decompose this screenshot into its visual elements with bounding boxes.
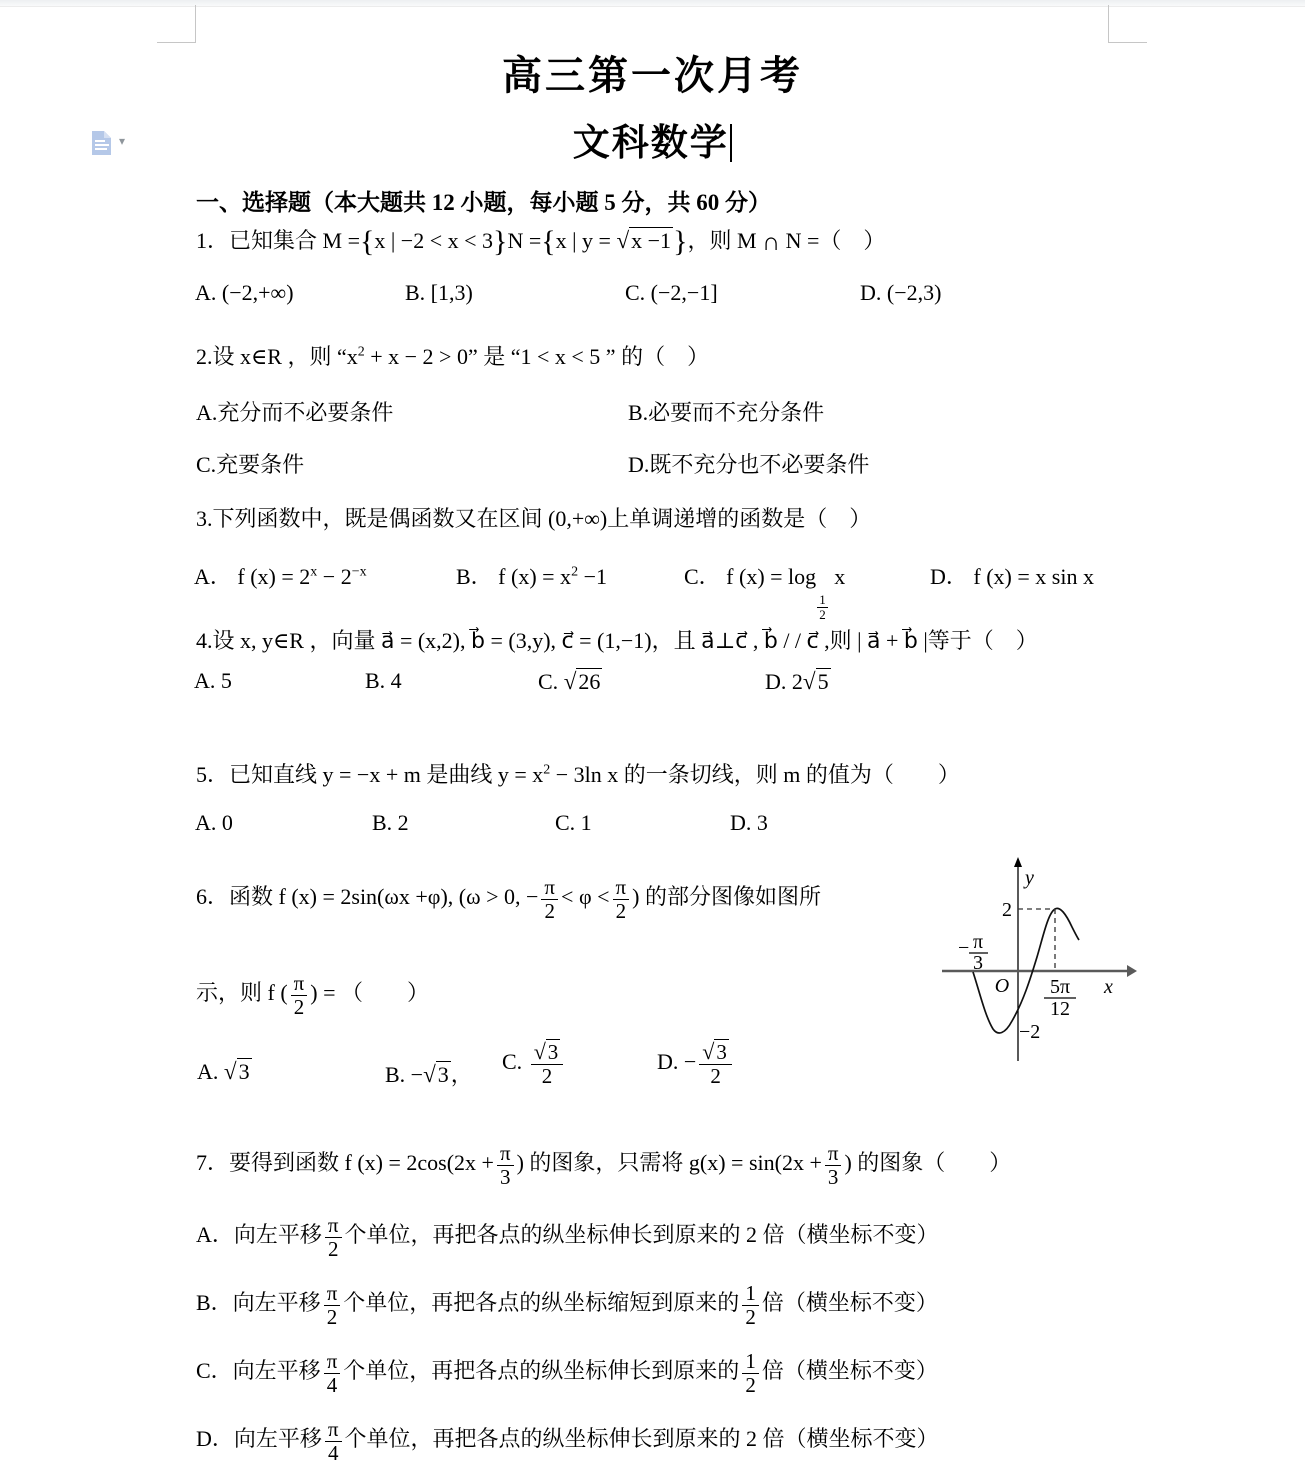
q1-brace: { bbox=[360, 225, 374, 258]
fraction-numerator: 1 bbox=[817, 593, 828, 608]
q7-option-c: C．向左平移π4个单位，再把各点的纵坐标伸长到原来的12倍（横坐标不变） bbox=[196, 1350, 938, 1396]
exponent: 2 bbox=[571, 565, 578, 580]
q6-text: 示，则 f ( bbox=[196, 980, 288, 1005]
q5-text: 5．已知直线 y = −x + m 是曲线 y = x bbox=[196, 762, 543, 787]
fraction-denominator: 2 bbox=[616, 900, 627, 923]
fraction-numerator: π bbox=[541, 876, 558, 900]
question-2-stem: 2.设 x∈R ，则 “x2 + x − 2 > 0” 是 “1 < x < 5… bbox=[196, 340, 709, 371]
origin-label: O bbox=[995, 975, 1009, 997]
q4-option-c: C. √26 bbox=[538, 668, 602, 695]
fraction-numerator: √3 bbox=[531, 1040, 564, 1065]
fraction-numerator: π bbox=[324, 1350, 341, 1374]
fraction-denominator: 2 bbox=[328, 1238, 339, 1261]
q7d-text: 个单位，再把各点的纵坐标伸长到原来的 2 倍（横坐标不变） bbox=[345, 1426, 939, 1451]
q3-option-d: D． f (x) = x sin x bbox=[930, 560, 1094, 591]
q7-text: ) 的图象（ ） bbox=[844, 1150, 1011, 1175]
sqrt-expression: √3 bbox=[534, 1040, 561, 1064]
margin-crop-mark-left-horizontal bbox=[157, 42, 196, 43]
q5-option-a: A. 0 bbox=[195, 810, 233, 836]
fraction-denominator: 2 bbox=[819, 608, 826, 622]
sqrt-expression: √3 bbox=[702, 1040, 729, 1064]
q1-text: 1．已知集合 bbox=[196, 228, 323, 253]
radical-sign: √ bbox=[702, 1039, 714, 1064]
q7c-text: 倍（横坐标不变） bbox=[762, 1358, 938, 1383]
sqrt-expression: √3 bbox=[423, 1062, 451, 1087]
q5-option-d: D. 3 bbox=[730, 810, 768, 836]
y-axis-arrow bbox=[1014, 857, 1022, 867]
y-min-label: −2 bbox=[1019, 1021, 1040, 1043]
tick-minus-sign: − bbox=[958, 937, 969, 959]
q6b-text: ， bbox=[451, 1062, 473, 1087]
q3a-text: A． f (x) = 2 bbox=[194, 564, 310, 589]
q2-option-b: B.必要而不充分条件 bbox=[628, 396, 824, 427]
q1-text: ，则 M bbox=[687, 228, 762, 253]
q6-text: < φ < bbox=[561, 884, 610, 909]
q6-text: ) = （ ） bbox=[310, 980, 429, 1005]
q1-option-b: B. [1,3) bbox=[405, 280, 473, 306]
sqrt-expression: √x −1 bbox=[616, 228, 673, 253]
q6-option-b: B. −√3， bbox=[385, 1058, 473, 1089]
q1-text: N =（ ） bbox=[780, 228, 885, 253]
sqrt3-over-2-fraction: √32 bbox=[699, 1040, 732, 1087]
sqrt-expression: √3 bbox=[224, 1059, 252, 1084]
q1-math: x | y = bbox=[556, 228, 617, 253]
subtitle-text: 文科数学 bbox=[573, 123, 729, 164]
q7b-text: B．向左平移 bbox=[196, 1290, 321, 1315]
tick-5pi-numerator: 5π bbox=[1050, 976, 1070, 998]
q7-option-d: D．向左平移π4个单位，再把各点的纵坐标伸长到原来的 2 倍（横坐标不变） bbox=[196, 1418, 939, 1464]
option-label: A. bbox=[197, 1059, 224, 1084]
q3-option-a: A． f (x) = 2x − 2−x bbox=[194, 560, 367, 591]
option-label: B. − bbox=[385, 1062, 423, 1087]
x-axis-label: x bbox=[1103, 976, 1113, 998]
exponent: 2 bbox=[358, 345, 365, 360]
pi-over-2-fraction: π2 bbox=[291, 972, 308, 1018]
option-label: C. bbox=[538, 669, 564, 694]
fraction-numerator: π bbox=[825, 1142, 842, 1166]
page-subtitle: 文科数学 bbox=[0, 112, 1305, 166]
radical-sign: √ bbox=[616, 227, 629, 253]
fraction-numerator: π bbox=[325, 1214, 342, 1238]
radical-sign: √ bbox=[803, 668, 816, 694]
margin-crop-mark-left-vertical bbox=[195, 5, 196, 43]
fraction-denominator: 4 bbox=[328, 1442, 339, 1465]
q3c-text: C． f (x) = log bbox=[684, 564, 816, 589]
q3b-text: −1 bbox=[578, 564, 607, 589]
q7c-text: C．向左平移 bbox=[196, 1358, 321, 1383]
radicand: 26 bbox=[576, 668, 602, 694]
pi-over-3-fraction: π3 bbox=[825, 1142, 842, 1188]
radical-sign: √ bbox=[564, 668, 577, 694]
q6-option-d: D. −√32 bbox=[657, 1040, 735, 1087]
question-5-stem: 5．已知直线 y = −x + m 是曲线 y = x2 − 3ln x 的一条… bbox=[196, 758, 960, 789]
radicand: 3 bbox=[436, 1061, 451, 1087]
q7d-text: D．向左平移 bbox=[196, 1426, 322, 1451]
q1-option-c: C. (−2,−1] bbox=[625, 280, 718, 306]
q2-text: + x − 2 > 0” 是 “1 < x < 5 ” 的（ ） bbox=[365, 344, 709, 369]
fraction-denominator: 3 bbox=[500, 1166, 511, 1189]
option-label: D. 2 bbox=[765, 669, 803, 694]
exam-document-page: { "document": { "title": "高三第一次月考", "sub… bbox=[0, 0, 1305, 1475]
question-3-stem: 3.下列函数中，既是偶函数又在区间 (0,+∞)上单调递增的函数是（ ） bbox=[196, 502, 871, 533]
q4-option-d: D. 2√5 bbox=[765, 668, 831, 695]
pi-over-3-fraction: π3 bbox=[497, 1142, 514, 1188]
page-title: 高三第一次月考 bbox=[0, 44, 1305, 101]
radical-sign: √ bbox=[224, 1058, 237, 1084]
option-label: C. bbox=[502, 1049, 528, 1074]
q4-option-b: B. 4 bbox=[365, 668, 402, 694]
fraction-numerator: 1 bbox=[742, 1282, 759, 1306]
radicand: 3 bbox=[714, 1039, 729, 1064]
q7b-text: 个单位，再把各点的纵坐标缩短到原来的 bbox=[343, 1290, 739, 1315]
q7c-text: 个单位，再把各点的纵坐标伸长到原来的 bbox=[343, 1358, 739, 1383]
question-7-stem: 7．要得到函数 f (x) = 2cos(2x +π3) 的图象，只需将 g(x… bbox=[196, 1142, 1011, 1188]
margin-crop-mark-right-vertical bbox=[1108, 5, 1109, 43]
fraction-numerator: 1 bbox=[742, 1350, 759, 1374]
fraction-numerator: π bbox=[324, 1282, 341, 1306]
y-axis-label: y bbox=[1023, 867, 1034, 889]
q7-text: ) 的图象，只需将 g(x) = sin(2x + bbox=[517, 1150, 822, 1175]
margin-crop-mark-right-horizontal bbox=[1108, 42, 1147, 43]
q7a-text: A．向左平移 bbox=[196, 1222, 322, 1247]
fraction-denominator: 2 bbox=[710, 1065, 721, 1088]
tick-12-denominator: 12 bbox=[1050, 998, 1070, 1020]
q5-option-c: C. 1 bbox=[555, 810, 592, 836]
radicand: 3 bbox=[546, 1039, 561, 1064]
fraction-denominator: 4 bbox=[327, 1374, 338, 1397]
tick-pi-numerator: π bbox=[973, 931, 983, 953]
pi-over-2-fraction: π2 bbox=[541, 876, 558, 922]
pi-over-2-fraction: π2 bbox=[324, 1282, 341, 1328]
q1-option-d: D. (−2,3) bbox=[860, 280, 941, 306]
radical-sign: √ bbox=[534, 1039, 546, 1064]
fraction-denominator: 3 bbox=[828, 1166, 839, 1189]
x-axis-arrow bbox=[1127, 965, 1137, 977]
fraction-numerator: √3 bbox=[699, 1040, 732, 1065]
q1-option-a: A. (−2,+∞) bbox=[195, 280, 294, 306]
q6-text: ) 的部分图像如图所 bbox=[632, 884, 821, 909]
question-6-stem-line1: 6．函数 f (x) = 2sin(ωx +φ), (ω > 0, −π2< φ… bbox=[196, 876, 821, 922]
q1-brace: } bbox=[673, 225, 687, 258]
sine-graph-figure: y 2 − π 3 O x 5π 12 −2 bbox=[928, 856, 1146, 1068]
question-6-stem-line2: 示，则 f (π2) = （ ） bbox=[196, 972, 429, 1018]
q2-option-a: A.充分而不必要条件 bbox=[196, 396, 393, 427]
q7b-text: 倍（横坐标不变） bbox=[762, 1290, 938, 1315]
q1-math: x | −2 < x < 3 bbox=[374, 228, 493, 253]
one-half-fraction: 12 bbox=[742, 1282, 759, 1328]
q6-option-c: C. √32 bbox=[502, 1040, 566, 1087]
q7-option-a: A．向左平移π2个单位，再把各点的纵坐标伸长到原来的 2 倍（横坐标不变） bbox=[196, 1214, 939, 1260]
q1-math: M = bbox=[323, 228, 360, 253]
fraction-denominator: 2 bbox=[294, 996, 305, 1019]
pi-over-2-fraction: π2 bbox=[325, 1214, 342, 1260]
sqrt3-over-2-fraction: √32 bbox=[531, 1040, 564, 1087]
q4-option-a: A. 5 bbox=[194, 668, 232, 694]
radicand: 3 bbox=[237, 1058, 252, 1084]
q2-text: 2.设 x∈R ，则 “x bbox=[196, 344, 358, 369]
tick-3-denominator: 3 bbox=[973, 952, 983, 974]
fraction-numerator: π bbox=[325, 1418, 342, 1442]
pi-over-2-fraction: π2 bbox=[613, 876, 630, 922]
q5-text: − 3ln x 的一条切线，则 m 的值为（ ） bbox=[550, 762, 960, 787]
option-label: D. − bbox=[657, 1049, 696, 1074]
radicand: 5 bbox=[816, 668, 831, 694]
q6-option-a: A. √3 bbox=[197, 1058, 252, 1085]
fraction-denominator: 2 bbox=[745, 1306, 756, 1329]
q2-option-c: C.充要条件 bbox=[196, 448, 304, 479]
peak-value-label: 2 bbox=[1002, 899, 1012, 921]
sqrt-expression: √26 bbox=[564, 669, 603, 694]
one-half-fraction: 12 bbox=[742, 1350, 759, 1396]
q6-text: 6．函数 f (x) = 2sin(ωx +φ), (ω > 0, − bbox=[196, 884, 538, 909]
q1-brace: { bbox=[541, 225, 555, 258]
q7a-text: 个单位，再把各点的纵坐标伸长到原来的 2 倍（横坐标不变） bbox=[345, 1222, 939, 1247]
q3c-text: x bbox=[829, 564, 846, 589]
fraction-numerator: π bbox=[497, 1142, 514, 1166]
q5-option-b: B. 2 bbox=[372, 810, 409, 836]
fraction-denominator: 2 bbox=[542, 1065, 553, 1088]
q3a-text: − 2 bbox=[317, 564, 351, 589]
sqrt-expression: √5 bbox=[803, 669, 831, 694]
section-heading: 一、选择题（本大题共 12 小题，每小题 5 分，共 60 分） bbox=[196, 184, 771, 217]
fraction-denominator: 2 bbox=[544, 900, 555, 923]
log-base-fraction: 12 bbox=[817, 593, 828, 622]
fraction-denominator: 2 bbox=[327, 1306, 338, 1329]
question-4-stem: 4.设 x, y∈R ，向量 a⃗ = (x,2), b⃗ = (3,y), c… bbox=[196, 624, 1038, 655]
pi-over-4-fraction: π4 bbox=[324, 1350, 341, 1396]
q3b-text: B． f (x) = x bbox=[456, 564, 571, 589]
q3-option-c: C． f (x) = log12 x bbox=[684, 560, 845, 622]
fraction-numerator: π bbox=[291, 972, 308, 996]
q1-brace: } bbox=[493, 225, 507, 258]
q3-option-b: B． f (x) = x2 −1 bbox=[456, 560, 607, 591]
q7-text: 7．要得到函数 f (x) = 2cos(2x + bbox=[196, 1150, 494, 1175]
question-1-stem: 1．已知集合 M ={x | −2 < x < 3}N ={x | y = √x… bbox=[196, 224, 885, 259]
pi-over-4-fraction: π4 bbox=[325, 1418, 342, 1464]
radical-sign: √ bbox=[423, 1061, 436, 1087]
fraction-numerator: π bbox=[613, 876, 630, 900]
intersection-symbol: ∩ bbox=[762, 229, 780, 256]
q7-option-b: B．向左平移π2个单位，再把各点的纵坐标缩短到原来的12倍（横坐标不变） bbox=[196, 1282, 938, 1328]
text-cursor bbox=[730, 124, 733, 162]
radicand: x −1 bbox=[629, 227, 673, 253]
fraction-denominator: 2 bbox=[745, 1374, 756, 1397]
exponent: −x bbox=[352, 565, 367, 580]
q2-option-d: D.既不充分也不必要条件 bbox=[628, 448, 869, 479]
q1-math: N = bbox=[507, 228, 541, 253]
